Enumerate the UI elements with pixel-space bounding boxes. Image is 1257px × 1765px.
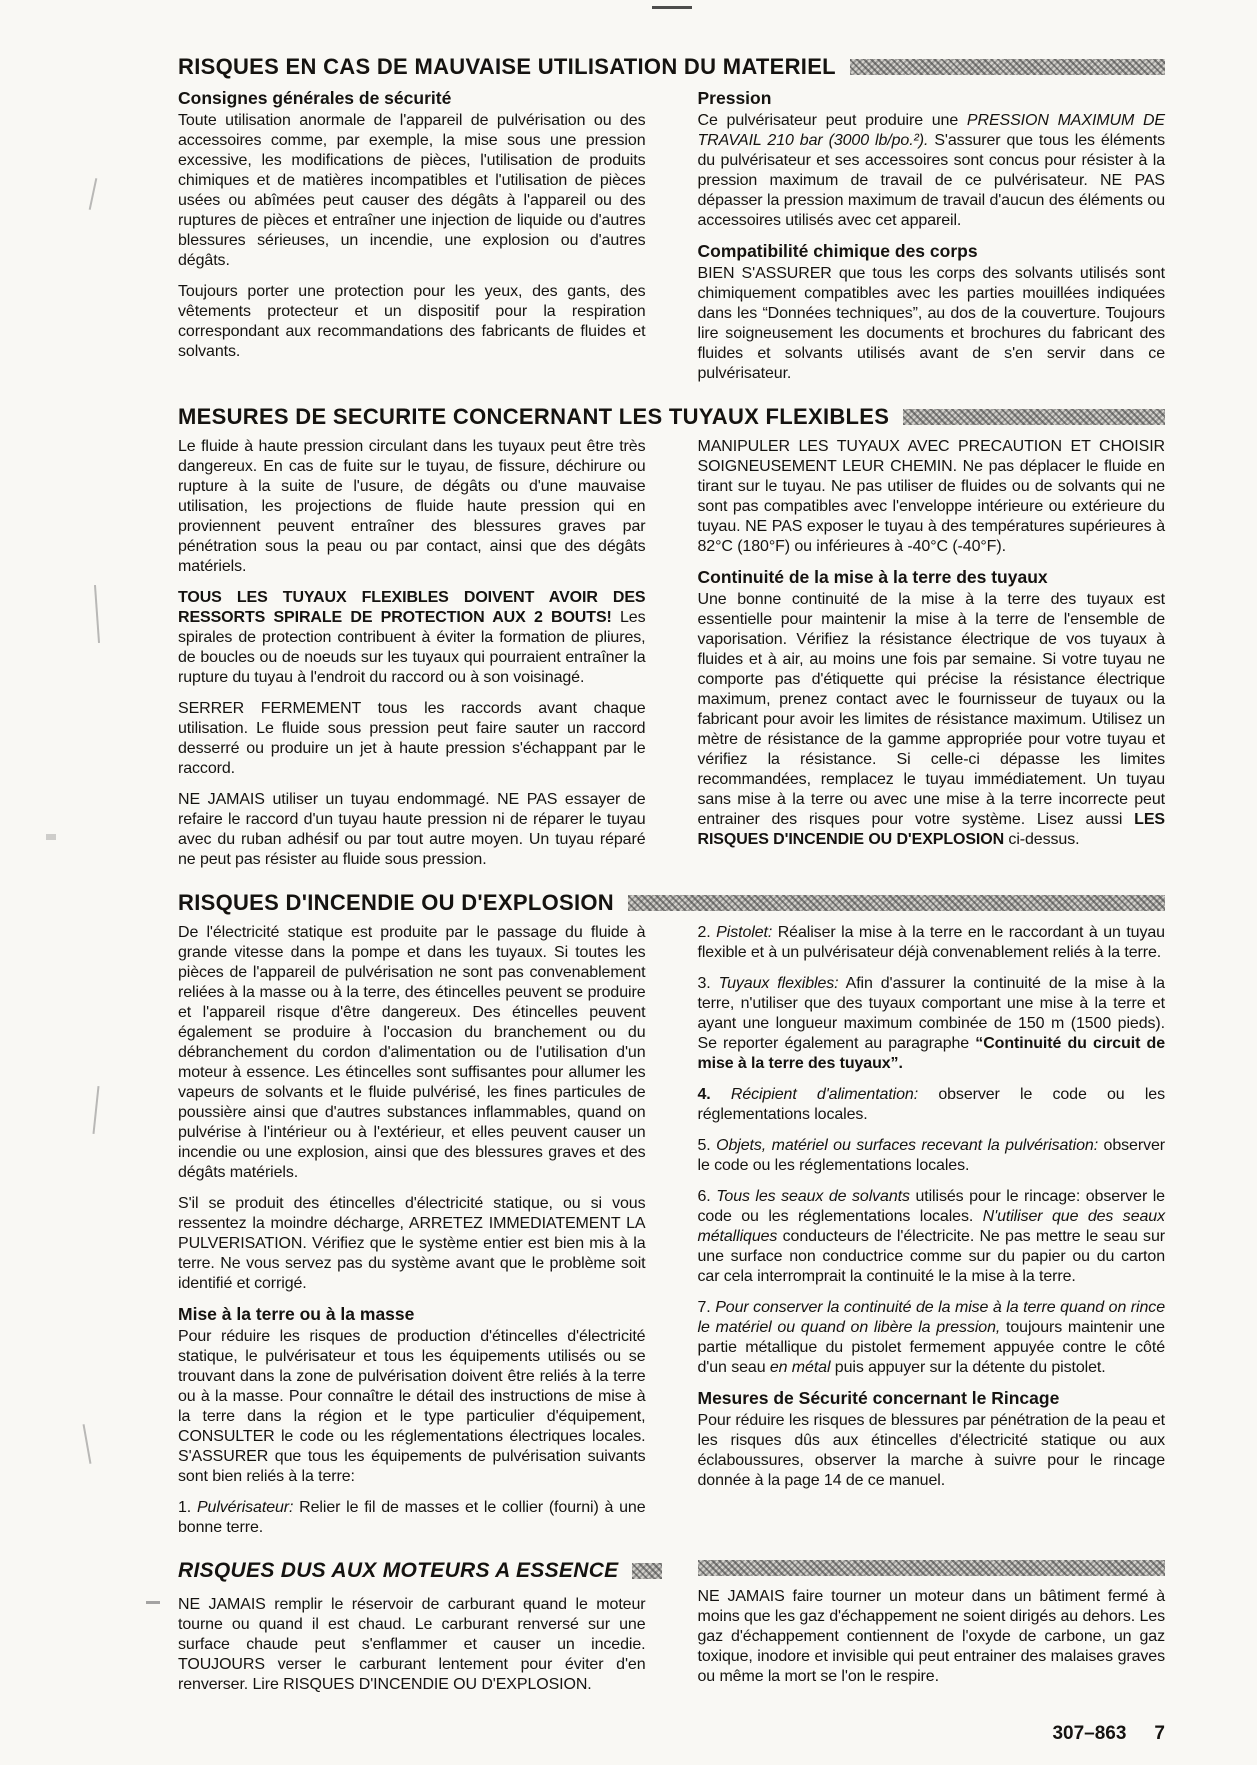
section-title: RISQUES EN CAS DE MAUVAISE UTILISATION D… — [178, 54, 836, 80]
left-column-text: NE JAMAIS remplir le réservoir de carbur… — [178, 1595, 646, 1695]
two-column-layout: Le fluide à haute pression circulant dan… — [178, 435, 1165, 870]
section-title: RISQUES D'INCENDIE OU D'EXPLOSION — [178, 890, 614, 916]
paragraph: S'il se produit des étincelles d'électri… — [178, 1194, 646, 1294]
paragraph: NE JAMAIS utiliser un tuyau endommagé. N… — [178, 790, 646, 870]
emphasis-text: Pistolet: — [716, 924, 772, 941]
hatch-bar — [850, 59, 1165, 75]
page-number: 7 — [1154, 1723, 1165, 1745]
subsection-heading: Mesures de Sécurité concernant le Rincag… — [698, 1387, 1166, 1409]
text-run: Pour réduire les risques de blessures pa… — [698, 1412, 1166, 1489]
paragraph: De l'électricité statique est produite p… — [178, 923, 646, 1183]
hatch-bar — [698, 1560, 1166, 1576]
text-run: 1. — [178, 1499, 197, 1516]
section-title-row: RISQUES EN CAS DE MAUVAISE UTILISATION D… — [178, 54, 1165, 80]
text-run: Ce pulvérisateur peut produire une — [698, 112, 967, 129]
text-run: NE JAMAIS remplir le réservoir de carbur… — [178, 1596, 646, 1693]
left-column: Consignes générales de sécuritéToute uti… — [178, 85, 646, 384]
section-risques-incendie-explosion: RISQUES D'INCENDIE OU D'EXPLOSION De l'é… — [178, 890, 1165, 1538]
right-column-text: NE JAMAIS faire tourner un moteur dans u… — [698, 1587, 1166, 1687]
section-title-row: RISQUES DUS AUX MOTEURS A ESSENCE — [178, 1558, 646, 1584]
text-run: NE JAMAIS utiliser un tuyau endommagé. N… — [178, 791, 646, 868]
emphasis-text: Récipient d'alimentation: — [731, 1086, 918, 1103]
paragraph: Ce pulvérisateur peut produire une PRESS… — [698, 111, 1166, 231]
section-risques-mauvaise-utilisation: RISQUES EN CAS DE MAUVAISE UTILISATION D… — [178, 54, 1165, 384]
paragraph: Pour réduire les risques de production d… — [178, 1327, 646, 1487]
left-column: De l'électricité statique est produite p… — [178, 921, 646, 1538]
two-column-layout: Consignes générales de sécuritéToute uti… — [178, 85, 1165, 384]
two-column-layout: De l'électricité statique est produite p… — [178, 921, 1165, 1538]
paragraph: MANIPULER LES TUYAUX AVEC PRECAUTION ET … — [698, 437, 1166, 557]
two-column-layout: RISQUES DUS AUX MOTEURS A ESSENCE NE JAM… — [178, 1558, 1165, 1695]
paragraph: SERRER FERMEMENT tous les raccords avant… — [178, 699, 646, 779]
paragraph: NE JAMAIS faire tourner un moteur dans u… — [698, 1587, 1166, 1687]
text-run: 2. — [698, 924, 717, 941]
document-page: RISQUES EN CAS DE MAUVAISE UTILISATION D… — [0, 0, 1257, 1765]
text-run: SERRER FERMEMENT tous les raccords avant… — [178, 700, 646, 777]
text-run: NE JAMAIS faire tourner un moteur dans u… — [698, 1588, 1166, 1685]
subsection-heading: Mise à la terre ou à la masse — [178, 1303, 646, 1325]
emphasis-text: en métal — [770, 1359, 831, 1376]
paragraph: 4. Récipient d'alimentation: observer le… — [698, 1085, 1166, 1125]
text-run: 3. — [698, 975, 719, 992]
text-run: Une bonne continuité de la mise à la ter… — [698, 591, 1166, 828]
paragraph: 6. Tous les seaux de solvants utilisés p… — [698, 1187, 1166, 1287]
subsection-heading: Pression — [698, 87, 1166, 109]
section-mesures-tuyaux-flexibles: MESURES DE SECURITE CONCERNANT LES TUYAU… — [178, 404, 1165, 870]
hatch-bar — [903, 409, 1165, 425]
section-title: RISQUES DUS AUX MOTEURS A ESSENCE — [178, 1558, 618, 1584]
text-run: Toute utilisation anormale de l'appareil… — [178, 112, 646, 269]
page-footer: 307–863 7 — [178, 1723, 1165, 1745]
emphasis-text: Tuyaux flexibles: — [719, 975, 839, 992]
subsection-heading: Compatibilité chimique des corps — [698, 240, 1166, 262]
paragraph: TOUS LES TUYAUX FLEXIBLES DOIVENT AVOIR … — [178, 588, 646, 688]
left-column: Le fluide à haute pression circulant dan… — [178, 435, 646, 870]
emphasis-text: Objets, matériel ou surfaces recevant la… — [716, 1137, 1098, 1154]
text-run: MANIPULER LES TUYAUX AVEC PRECAUTION ET … — [698, 438, 1166, 555]
paragraph: 2. Pistolet: Réaliser la mise à la terre… — [698, 923, 1166, 963]
emphasis-text: Pulvérisateur: — [197, 1499, 293, 1516]
text-run: ci-dessus. — [1004, 831, 1079, 848]
paragraph: Une bonne continuité de la mise à la ter… — [698, 590, 1166, 850]
right-column: MANIPULER LES TUYAUX AVEC PRECAUTION ET … — [698, 435, 1166, 870]
text-run: Le fluide à haute pression circulant dan… — [178, 438, 646, 575]
paragraph: NE JAMAIS remplir le réservoir de carbur… — [178, 1595, 646, 1695]
text-run: 5. — [698, 1137, 717, 1154]
section-risques-moteurs-essence: RISQUES DUS AUX MOTEURS A ESSENCE NE JAM… — [178, 1558, 1165, 1695]
paragraph: Toujours porter une protection pour les … — [178, 282, 646, 362]
paragraph: Toute utilisation anormale de l'appareil… — [178, 111, 646, 271]
emphasis-text: TOUS LES TUYAUX FLEXIBLES DOIVENT AVOIR … — [178, 589, 646, 626]
section-title: MESURES DE SECURITE CONCERNANT LES TUYAU… — [178, 404, 889, 430]
paragraph: Le fluide à haute pression circulant dan… — [178, 437, 646, 577]
paragraph: 5. Objets, matériel ou surfaces recevant… — [698, 1136, 1166, 1176]
right-column: NE JAMAIS faire tourner un moteur dans u… — [698, 1558, 1166, 1695]
emphasis-text: 4. — [698, 1086, 731, 1103]
section-title-row: RISQUES D'INCENDIE OU D'EXPLOSION — [178, 890, 1165, 916]
document-number: 307–863 — [1052, 1723, 1126, 1745]
emphasis-text: Tous les seaux de solvants — [716, 1188, 910, 1205]
paragraph: 7. Pour conserver la continuité de la mi… — [698, 1298, 1166, 1378]
paragraph: Pour réduire les risques de blessures pa… — [698, 1411, 1166, 1491]
text-run: 7. — [698, 1299, 716, 1316]
text-run: De l'électricité statique est produite p… — [178, 924, 646, 1181]
subsection-heading: Consignes générales de sécurité — [178, 87, 646, 109]
text-run: S'il se produit des étincelles d'électri… — [178, 1195, 646, 1292]
section-title-row: MESURES DE SECURITE CONCERNANT LES TUYAU… — [178, 404, 1165, 430]
text-run: Pour réduire les risques de production d… — [178, 1328, 646, 1485]
scanned-manual-page: { "footer": { "doc_number": "307–863", "… — [0, 0, 1257, 1765]
text-run: Toujours porter une protection pour les … — [178, 283, 646, 360]
right-column: 2. Pistolet: Réaliser la mise à la terre… — [698, 921, 1166, 1538]
text-run: BIEN S'ASSURER que tous les corps des so… — [698, 265, 1166, 382]
right-column: PressionCe pulvérisateur peut produire u… — [698, 85, 1166, 384]
subsection-heading: Continuité de la mise à la terre des tuy… — [698, 566, 1166, 588]
left-column: RISQUES DUS AUX MOTEURS A ESSENCE NE JAM… — [178, 1558, 646, 1695]
paragraph: BIEN S'ASSURER que tous les corps des so… — [698, 264, 1166, 384]
text-run: puis appuyer sur la détente du pistolet. — [830, 1359, 1105, 1376]
paragraph: 3. Tuyaux flexibles: Afin d'assurer la c… — [698, 974, 1166, 1074]
hatch-bar — [632, 1563, 662, 1579]
paragraph: 1. Pulvérisateur: Relier le fil de masse… — [178, 1498, 646, 1538]
hatch-bar — [628, 895, 1165, 911]
text-run: 6. — [698, 1188, 717, 1205]
